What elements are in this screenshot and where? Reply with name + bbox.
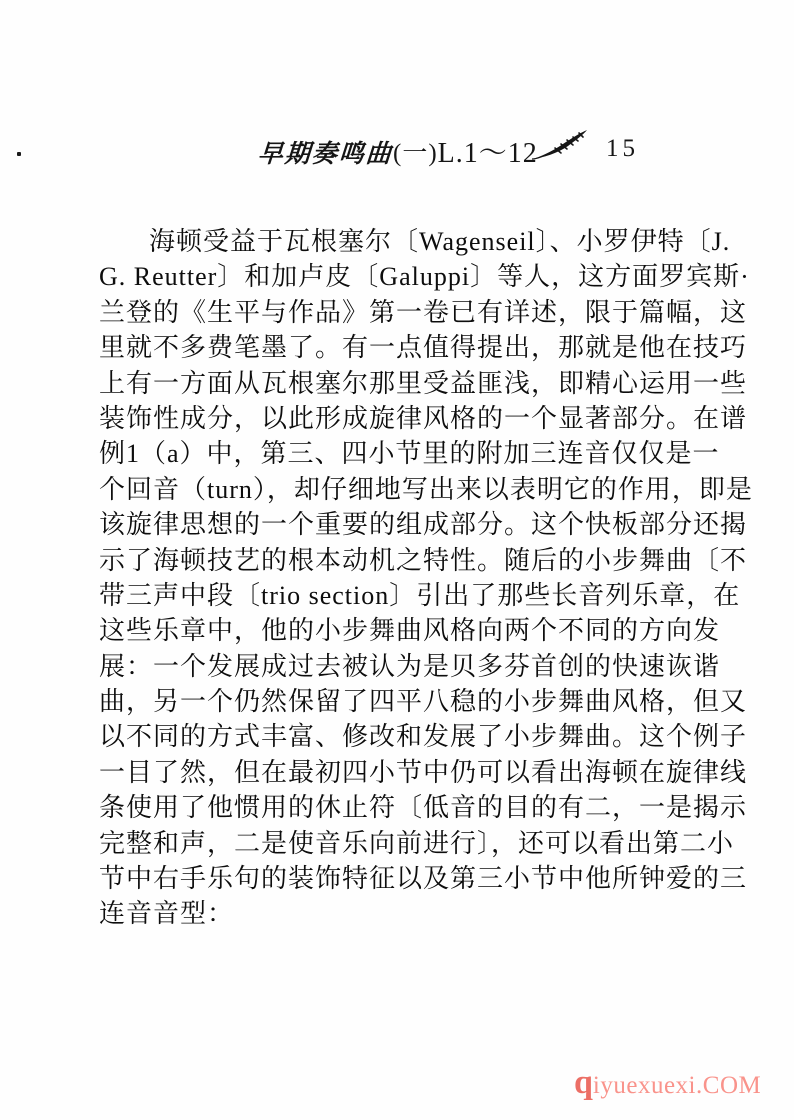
text-line: 带三声中段〔trio section〕引出了那些长音列乐章，在 [99, 578, 696, 613]
watermark-rest: iyuexuexi [593, 1072, 696, 1099]
site-watermark: qiyuexuexi.COM [574, 1064, 761, 1102]
text-line: 连音音型： [99, 896, 696, 931]
text-line: 以不同的方式丰富、修改和发展了小步舞曲。这个例子 [99, 719, 696, 754]
running-title: 早期奏鸣曲(一)L.1～12 [258, 131, 538, 171]
scan-speck [17, 152, 21, 156]
text-line: 例1（a）中，第三、四小节里的附加三连音仅仅是一 [99, 436, 696, 471]
running-title-catalog: L.1～12 [438, 138, 538, 169]
watermark-domain: .COM [696, 1072, 761, 1099]
text-line: 装饰性成分，以此形成旋律风格的一个显著部分。在谱 [99, 401, 696, 436]
text-line: 展：一个发展成过去被认为是贝多芬首创的快速诙谐 [99, 649, 696, 684]
text-line: 该旋律思想的一个重要的组成部分。这个快板部分还揭 [99, 507, 696, 542]
text-line: 上有一方面从瓦根塞尔那里受益匪浅，即精心运用一些 [99, 366, 696, 401]
text-line: 里就不多费笔墨了。有一点值得提出，那就是他在技巧 [99, 330, 696, 365]
running-title-volume: (一) [393, 140, 438, 167]
text-line: 个回音（turn），却仔细地写出来以表明它的作用，即是 [99, 472, 696, 507]
watermark-initial: q [574, 1064, 593, 1101]
text-line: 海顿受益于瓦根塞尔〔Wagenseil〕、小罗伊特〔J. [99, 224, 696, 259]
text-line: G. Reutter〕和加卢皮〔Galuppi〕等人，这方面罗宾斯· [99, 259, 696, 294]
text-line: 节中右手乐句的装饰特征以及第三小节中他所钟爱的三 [99, 861, 696, 896]
body-paragraph: 海顿受益于瓦根塞尔〔Wagenseil〕、小罗伊特〔J. G. Reutter〕… [99, 224, 696, 932]
page-number: 15 [606, 135, 639, 163]
text-line: 兰登的《生平与作品》第一卷已有详述，限于篇幅，这 [99, 295, 696, 330]
text-line: 曲，另一个仍然保留了四平八稳的小步舞曲风格，但又 [99, 684, 696, 719]
text-line: 示了海顿技艺的根本动机之特性。随后的小步舞曲〔不 [99, 543, 696, 578]
text-line: 一目了然，但在最初四小节中仍可以看出海顿在旋律线 [99, 755, 696, 790]
text-line: 条使用了他惯用的休止符〔低音的目的有二，一是揭示 [99, 790, 696, 825]
running-title-chinese: 早期奏鸣曲 [257, 134, 395, 170]
pen-flourish-icon [531, 129, 589, 163]
text-line: 完整和声，二是使音乐向前进行〕，还可以看出第二小 [99, 826, 696, 861]
text-line: 这些乐章中，他的小步舞曲风格向两个不同的方向发 [99, 613, 696, 648]
book-page: 早期奏鸣曲(一)L.1～12 15 海顿受益于瓦根塞尔〔Wagenseil〕、小… [0, 0, 794, 1120]
